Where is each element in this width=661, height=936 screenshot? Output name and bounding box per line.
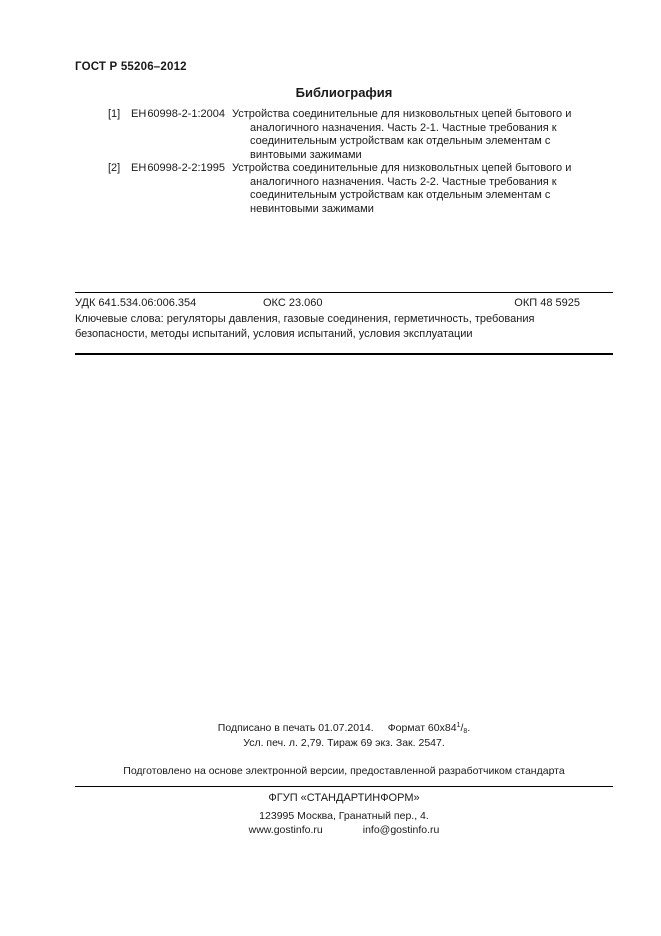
bibliography-entry-2: [2] ЕН 60998-2-2:1995 Устройства соедини…: [75, 162, 613, 216]
udk-code: УДК 641.534.06:006.354: [75, 297, 196, 309]
entry-standard-org: ЕН: [131, 108, 146, 122]
imprint-impression-line: Усл. печ. л. 2,79. Тираж 69 экз. Зак. 25…: [75, 737, 613, 749]
entry-standard-number: 60998-2-2:1995: [147, 162, 225, 176]
entry-standard-number: 60998-2-1:2004: [147, 108, 225, 122]
section-title: Библиография: [75, 85, 613, 100]
okp-code: ОКП 48 5925: [514, 297, 580, 309]
document-page: ГОСТ Р 55206–2012 Библиография [1] ЕН 60…: [0, 0, 661, 936]
publisher-address: 123995 Москва, Гранатный пер., 4.: [75, 810, 613, 822]
publisher-contacts: www.gostinfo.ru info@gostinfo.ru: [75, 824, 613, 836]
divider-above-codes: [75, 292, 613, 293]
entry-ref: [1]: [108, 108, 131, 122]
entry-description-line: винтовыми зажимами: [232, 149, 362, 161]
publisher-name: ФГУП «СТАНДАРТИНФОРМ»: [75, 792, 613, 804]
imprint-print-line: Подписано в печать 01.07.2014.Формат 60х…: [75, 722, 613, 735]
entry-description-line: аналогичного назначения. Часть 2-2. Част…: [232, 176, 557, 188]
entry-description-line: аналогичного назначения. Часть 2-1. Част…: [232, 122, 557, 134]
paper-format-text: Формат 60х841/8.: [388, 722, 470, 734]
bibliography-list: [1] ЕН 60998-2-1:2004 Устройства соедини…: [75, 108, 613, 216]
divider-below-keywords: [75, 353, 613, 355]
entry-standard-code: ЕН 60998-2-1:2004: [131, 108, 232, 122]
publisher-website: www.gostinfo.ru: [249, 824, 323, 836]
entry-description-line: Устройства соединительные для низковольт…: [232, 108, 571, 120]
prepared-note: Подготовлено на основе электронной верси…: [75, 765, 613, 777]
divider-above-publisher: [75, 786, 613, 787]
entry-description-line: соединительным устройствам как отдельным…: [232, 135, 550, 147]
keywords-paragraph: Ключевые слова: регуляторы давления, газ…: [75, 312, 565, 342]
bibliography-entry-1: [1] ЕН 60998-2-1:2004 Устройства соедини…: [75, 108, 613, 162]
oks-code: ОКС 23.060: [263, 297, 323, 309]
classification-codes-row: УДК 641.534.06:006.354 ОКС 23.060 ОКП 48…: [75, 297, 613, 312]
entry-description-line: Устройства соединительные для низковольт…: [232, 162, 571, 174]
entry-description-line: невинтовыми зажимами: [232, 203, 374, 215]
publisher-email: info@gostinfo.ru: [363, 824, 440, 836]
entry-standard-org: ЕН: [131, 162, 146, 176]
entry-description: Устройства соединительные для низковольт…: [232, 108, 613, 162]
entry-description: Устройства соединительные для низковольт…: [232, 162, 613, 216]
doc-code: ГОСТ Р 55206–2012: [75, 61, 187, 73]
entry-description-line: соединительным устройствам как отдельным…: [232, 189, 550, 201]
entry-standard-code: ЕН 60998-2-2:1995: [131, 162, 232, 176]
signed-to-print-text: Подписано в печать 01.07.2014.: [218, 722, 374, 734]
entry-ref: [2]: [108, 162, 131, 176]
